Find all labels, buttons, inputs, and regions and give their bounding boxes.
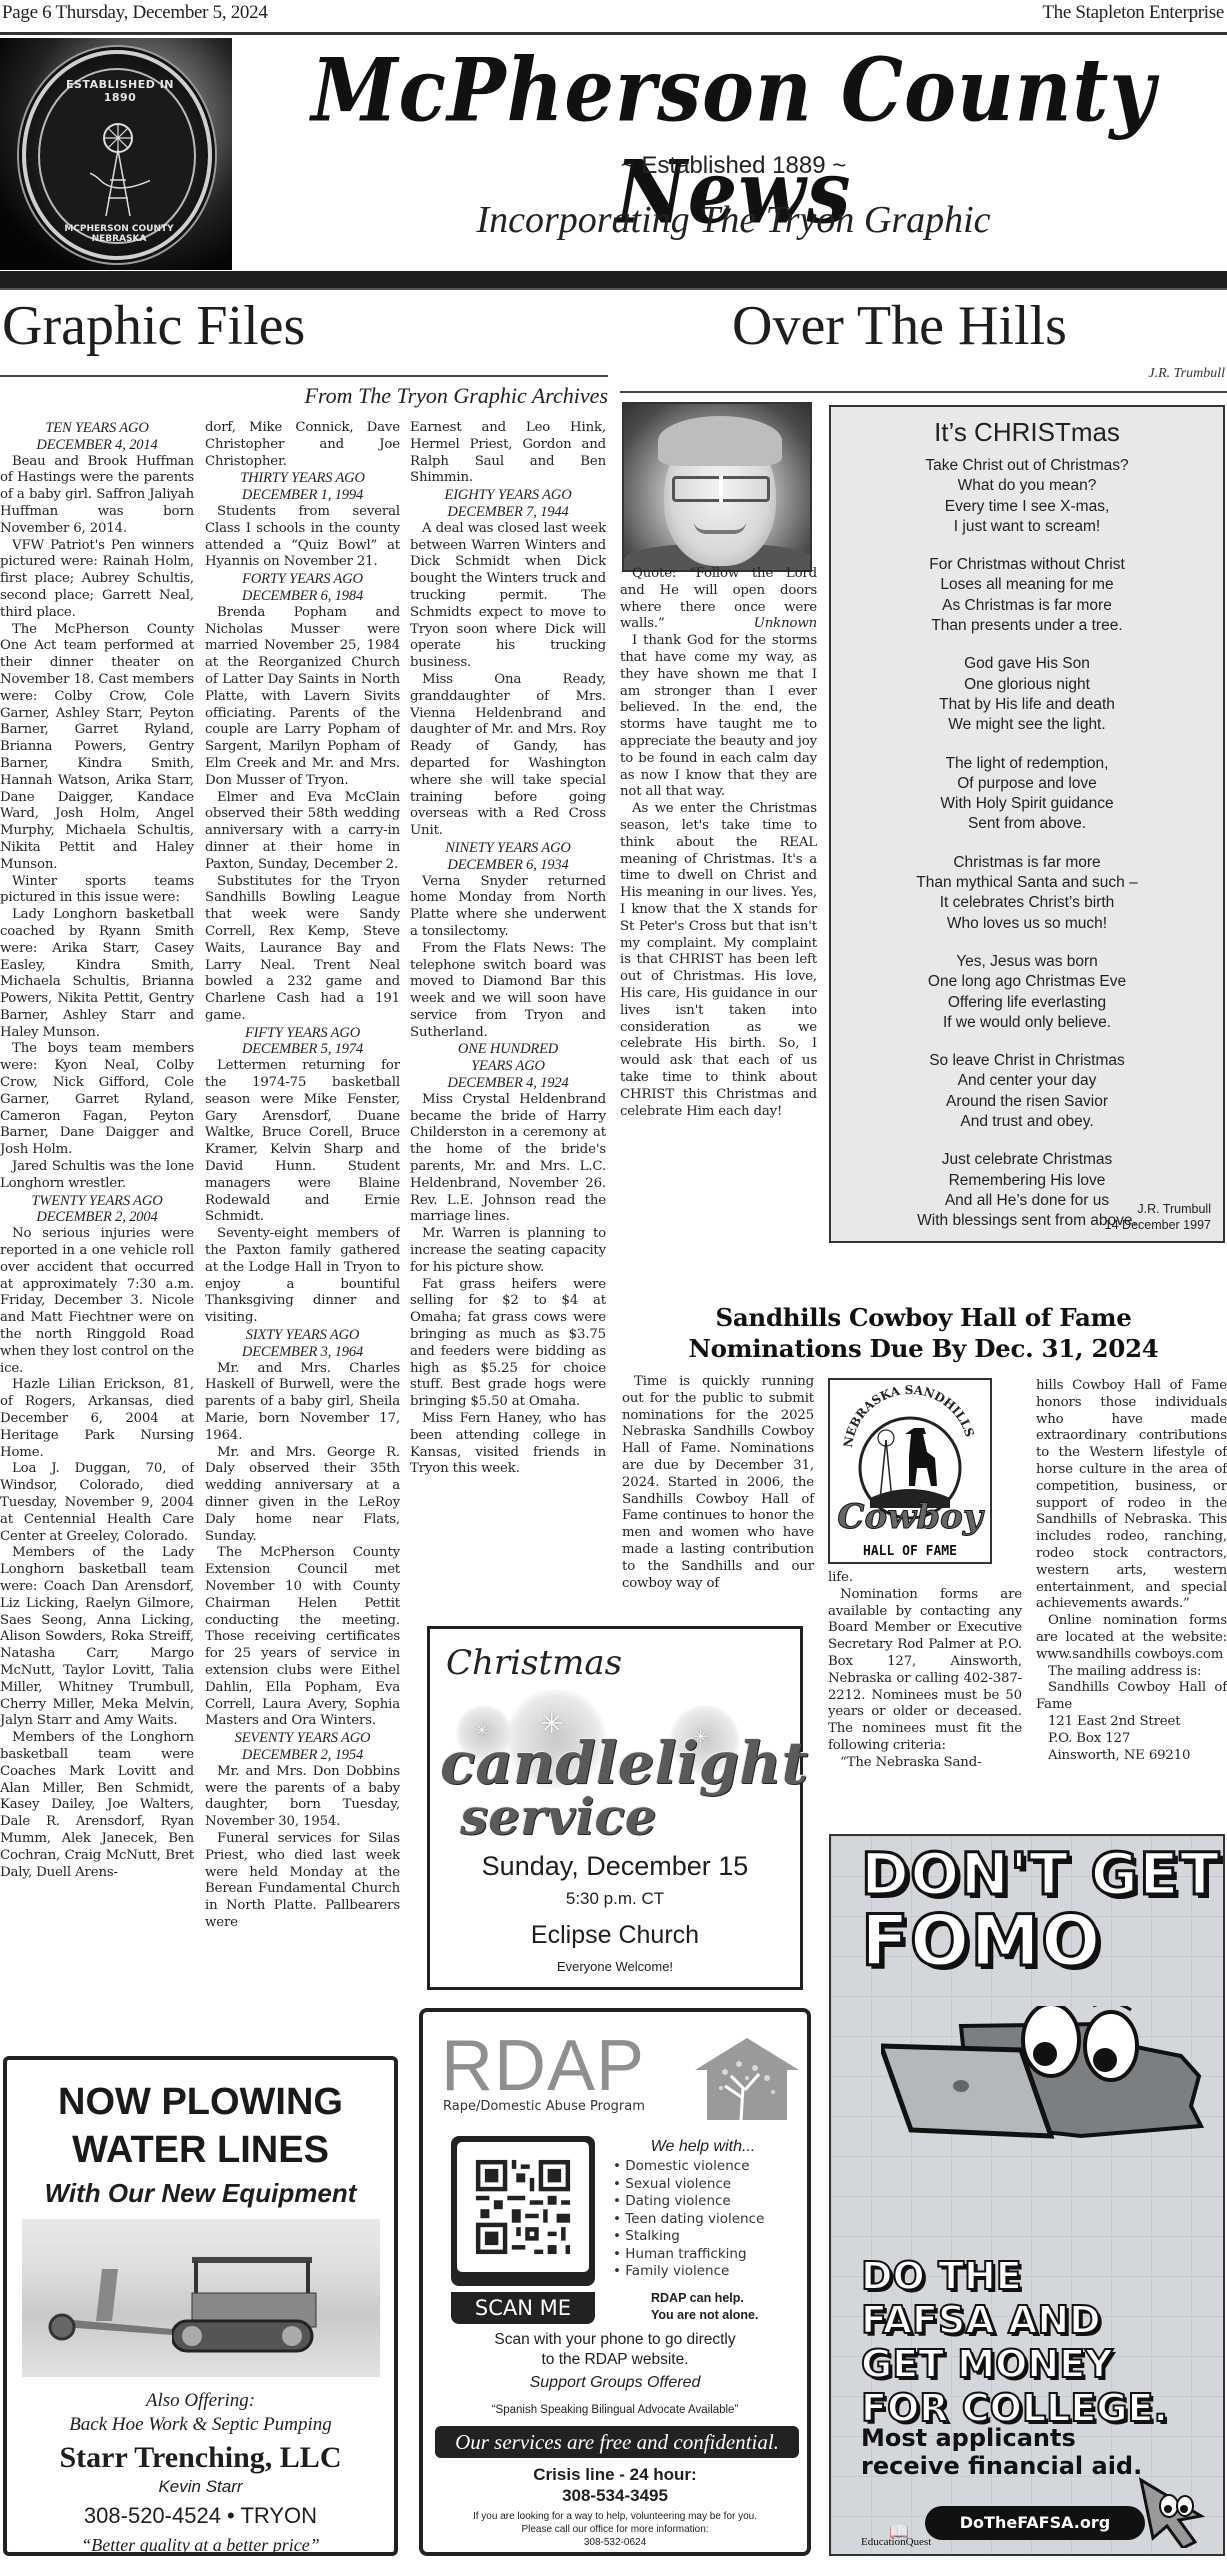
poem-line: Than mythical Santa and such – [831,873,1223,893]
company-name: Starr Trenching, LLC [7,2441,394,2475]
photo-glasses [672,476,770,502]
service-word: service [460,1787,812,1846]
qr-code-icon [457,2142,589,2272]
hof-column-1: Time is quickly running out for the publ… [622,1374,814,1592]
svg-text:NEBRASKA SANDHILLS: NEBRASKA SANDHILLS [841,1383,977,1449]
poem-line: It celebrates Christ’s birth [831,893,1223,913]
quote-attribution: Unknown [742,616,817,633]
headline-line-2: Nominations Due By Dec. 31, 2024 [620,1333,1227,1364]
archive-paragraph: Loa J. Duggan, 70, of Windsor, Colorado,… [0,1461,194,1545]
archive-paragraph: The McPherson County One Act team perfor… [0,622,194,874]
archive-paragraph: Lady Longhorn basketball coached by Ryan… [0,907,194,1041]
dateline-heading: DECEMBER 4, 2014 [0,437,194,454]
address-line: Sandhills Cowboy Hall of Fame [1036,1680,1227,1714]
poem-signature: J.R. Trumbull 14 December 1997 [1105,1201,1211,1233]
poem-line: For Christmas without Christ [831,555,1223,575]
archive-paragraph: Hazle Lilian Erickson, 81, of Rogers, Ar… [0,1377,194,1461]
poem-line: Offering life everlasting [831,993,1223,1013]
poem-line: Every time I see X-mas, [831,497,1223,517]
hof-column-3: hills Cowboy Hall of Fame honors those i… [1036,1378,1227,1764]
section-rule [0,375,608,377]
candlelight-service-ad: Christmas ✳ ✳ ✳ candlelight service Sund… [427,1626,803,1990]
help-item: Family violence [613,2263,793,2281]
cowboy-logo-icon: NEBRASKA SANDHILLS Cowboy HALL OF FAME [830,1380,990,1562]
also-offering: Also Offering: Back Hoe Work & Septic Pu… [7,2389,394,2437]
help-item: Human trafficking [613,2246,793,2264]
archive-paragraph: Miss Fern Haney, who has been attending … [410,1411,606,1478]
help-items: Domestic violenceSexual violenceDating v… [613,2158,793,2281]
dateline-heading: TWENTY YEARS AGO [0,1193,194,1210]
archive-paragraph: VFW Patriot's Pen winners pictured were:… [0,538,194,622]
crisis-label: Crisis line - 24 hour: [423,2464,807,2485]
fafsa-website-link[interactable]: DoTheFAFSA.org [925,2506,1145,2540]
poem-stanza: God gave His SonOne glorious nightThat b… [831,654,1223,735]
tractor-photo [22,2219,380,2377]
poem-line: Just celebrate Christmas [831,1150,1223,1170]
poem-stanza: Christmas is far moreThan mythical Santa… [831,853,1223,934]
hof-continuation: life. [828,1570,1022,1587]
dateline-heading: THIRTY YEARS AGO [205,470,400,487]
hof-paragraph: “The Nebraska Sand- [828,1755,1022,1772]
poem-box: It’s CHRISTmas Take Christ out of Christ… [829,405,1225,1243]
poem-line: We might see the light. [831,715,1223,735]
fafsa-subheadline: DO THE FAFSA AND GET MONEY FOR COLLEGE. [861,2254,1168,2430]
service-date: Sunday, December 15 [430,1851,800,1882]
owner-name: Kevin Starr [7,2477,394,2497]
free-confidential-banner: Our services are free and confidential. [435,2426,799,2458]
photo-smile [694,522,746,534]
poem-date: 14 December 1997 [1105,1217,1211,1233]
archive-paragraph: Beau and Brook Huffman of Hastings were … [0,454,194,538]
archive-paragraph: Jared Schultis was the lone Longhorn wre… [0,1159,194,1193]
poem-line: God gave His Son [831,654,1223,674]
nebraska-laptop-mascot-icon [881,2006,1211,2146]
poem-line: Take Christ out of Christmas? [831,456,1223,476]
rdap-logo: RDAP [441,2030,645,2102]
over-the-hills-heading: Over The Hills [732,298,1067,354]
fafsa-sub-line: FAFSA AND [861,2298,1168,2342]
house-tree-icon [695,2038,799,2120]
hof-mailing-label: The mailing address is: [1036,1664,1227,1681]
graphic-files-subheading: From The Tryon Graphic Archives [0,383,608,409]
fafsa-sub-line: DO THE [861,2254,1168,2298]
poem-line: Loses all meaning for me [831,575,1223,595]
hof-paragraph: Time is quickly running out for the publ… [622,1374,814,1592]
ad-headline: NOW PLOWING WATER LINES [7,2078,394,2174]
poem-author: J.R. Trumbull [1105,1201,1211,1217]
dateline-heading: DECEMBER 2, 1954 [205,1747,400,1764]
over-the-hills-text: Quote: “Follow the Lord and He will open… [620,566,817,1226]
hall-of-fame-headline: Sandhills Cowboy Hall of Fame Nomination… [620,1302,1227,1364]
dateline-heading: DECEMBER 5, 1974 [205,1041,400,1058]
column-paragraph: I thank God for the storms that have com… [620,633,817,801]
archives-column-1: TEN YEARS AGODECEMBER 4, 2014Beau and Br… [0,420,194,2040]
poem-line: Sent from above. [831,814,1223,834]
starr-trenching-ad: NOW PLOWING WATER LINES With Our New Equ… [3,2056,398,2556]
archive-paragraph: A deal was closed last week between Warr… [410,521,606,672]
sponsor-logo: EducationQuest [861,2536,931,2548]
cursor-mascot-icon [1131,2476,1221,2548]
poem-line: Of purpose and love [831,774,1223,794]
dateline-heading: FIFTY YEARS AGO [205,1025,400,1042]
established-line: ~ Established 1889 ~ [240,152,1227,180]
continued-text: Earnest and Leo Hink, Hermel Priest, Gor… [410,420,606,487]
scan-instructions: Scan with your phone to go directly to t… [423,2330,807,2370]
qr-code-frame[interactable] [451,2136,595,2286]
help-list: We help with... Domestic violenceSexual … [613,2138,793,2281]
poem-line: One long ago Christmas Eve [831,972,1223,992]
spanish-advocate: “Spanish Speaking Bilingual Advocate Ava… [423,2404,807,2416]
poem-line: Yes, Jesus was born [831,952,1223,972]
poem-line: Who loves us so much! [831,914,1223,934]
phone-number: 308-520-4524 • TRYON [7,2503,394,2529]
dateline-heading: ONE HUNDRED [410,1041,606,1058]
dateline-heading: YEARS AGO [410,1058,606,1075]
headline-line-1: Sandhills Cowboy Hall of Fame [620,1302,1227,1333]
scan-me-label: SCAN ME [451,2292,595,2324]
fafsa-aid-line: Most applicants [861,2424,1142,2452]
archive-paragraph: Members of the Longhorn basketball team … [0,1730,194,1881]
ad-headline-line: WATER LINES [7,2126,394,2174]
archive-paragraph: Miss Ona Ready, granddaughter of Mrs. Vi… [410,672,606,840]
plow-implement-icon [42,2259,182,2349]
archive-paragraph: The boys team members were: Kyon Neal, C… [0,1041,194,1159]
masthead-band [0,271,1227,290]
christmas-script: Christmas [446,1643,622,1683]
fafsa-aid-line: receive financial aid. [861,2452,1142,2480]
archive-paragraph: Winter sports teams pictured in this iss… [0,874,194,908]
also-label: Also Offering: [7,2389,394,2413]
dateline-heading: DECEMBER 6, 1934 [410,857,606,874]
crisis-phone[interactable]: 308-534-3495 [423,2485,807,2506]
fafsa-headline-line: FOMO [861,1900,1102,1982]
poem-line: And trust and obey. [831,1112,1223,1132]
publication-name: The Stapleton Enterprise [1042,2,1224,24]
poem-line: What do you mean? [831,476,1223,496]
archive-paragraph: Students from several Class I schools in… [205,504,400,571]
archive-paragraph: Funeral services for Silas Priest, who d… [205,1831,400,1932]
archive-paragraph: Verna Snyder returned home Monday from N… [410,874,606,941]
help-item: Teen dating violence [613,2211,793,2229]
photo-hair [658,416,782,466]
help-item: Dating violence [613,2193,793,2211]
fafsa-headline-line: DON'T GET [861,1840,1220,1908]
poem-line: Around the risen Savior [831,1092,1223,1112]
archive-paragraph: Miss Crystal Heldenbrand became the brid… [410,1092,606,1226]
address-line: Ainsworth, NE 69210 [1036,1748,1227,1765]
welcome-text: Everyone Welcome! [430,1959,800,1974]
windmill-icon [90,120,150,220]
column-paragraph: As we enter the Christmas season, let's … [620,801,817,1120]
tractor-icon [172,2249,332,2359]
incorporating-line: Incorporating The Tryon Graphic [240,198,1227,242]
dateline-heading: EIGHTY YEARS AGO [410,487,606,504]
fafsa-aid-text: Most applicants receive financial aid. [861,2424,1142,2480]
archive-paragraph: Seventy-eight members of the Paxton fami… [205,1226,400,1327]
qr-code[interactable] [457,2142,589,2272]
poem-stanza: Take Christ out of Christmas?What do you… [831,456,1223,537]
seal-bottom-text: MCPHERSON COUNTY NEBRASKA [54,224,184,244]
cowboy-hall-of-fame-logo: NEBRASKA SANDHILLS Cowboy HALL OF FAME [828,1378,992,1564]
section-rule [620,391,1227,393]
poem-line: Remembering His love [831,1171,1223,1191]
archive-paragraph: Lettermen returning for the 1974-75 bask… [205,1058,400,1226]
rdap-can-help: RDAP can help. You are not alone. [651,2290,758,2324]
archive-paragraph: The McPherson County Extension Council m… [205,1545,400,1730]
address-line: P.O. Box 127 [1036,1731,1227,1748]
archive-paragraph: Mr. and Mrs. George R. Daly observed the… [205,1445,400,1546]
archive-paragraph: From the Flats News: The telephone switc… [410,941,606,1042]
continued-text: dorf, Mike Connick, Dave Christopher and… [205,420,400,470]
archive-paragraph: Substitutes for the Tryon Sandhills Bowl… [205,874,400,1025]
poem-line: The light of redemption, [831,754,1223,774]
seal-top-text: ESTABLISHED IN 1890 [60,78,180,104]
office-phone[interactable]: 308-532-0624 [423,2536,807,2549]
poem-stanza: So leave Christ in ChristmasAnd center y… [831,1051,1223,1132]
archive-paragraph: Mr. and Mrs. Charles Haskell of Burwell,… [205,1361,400,1445]
hof-paragraph: Nomination forms are available by contac… [828,1587,1022,1755]
poem-stanza: For Christmas without ChristLoses all me… [831,555,1223,636]
support-groups: Support Groups Offered [423,2374,807,2392]
poem-stanza: Yes, Jesus was bornOne long ago Christma… [831,952,1223,1033]
volunteer-line: If you are looking for a way to help, vo… [423,2510,807,2523]
archive-paragraph: Fat grass heifers were selling for $2 to… [410,1277,606,1411]
services-list: Back Hoe Work & Septic Pumping [7,2413,394,2437]
poem-line: Than presents under a tree. [831,616,1223,636]
not-alone-line: You are not alone. [651,2307,758,2324]
church-name: Eclipse Church [430,1921,800,1950]
dateline-heading: FORTY YEARS AGO [205,571,400,588]
graphic-files-heading: Graphic Files [2,298,305,354]
dateline-heading: DECEMBER 7, 1944 [410,504,606,521]
service-time: 5:30 p.m. CT [430,1889,800,1909]
page-date-line: Page 6 Thursday, December 5, 2024 [2,2,268,24]
rdap-subtitle: Rape/Domestic Abuse Program [443,2099,645,2114]
dateline-heading: DECEMBER 2, 2004 [0,1209,194,1226]
help-item: Sexual violence [613,2176,793,2194]
archive-paragraph: No serious injuries were reported in a o… [0,1226,194,1377]
poem-stanzas: Take Christ out of Christmas?What do you… [831,456,1223,1232]
dateline-heading: NINETY YEARS AGO [410,840,606,857]
poem-line: If we would only believe. [831,1013,1223,1033]
archives-column-2: dorf, Mike Connick, Dave Christopher and… [205,420,400,2050]
ad-headline-line: NOW PLOWING [7,2078,394,2126]
help-item: Stalking [613,2228,793,2246]
top-rule [0,32,1227,35]
poem-line: And center your day [831,1071,1223,1091]
hof-column-2: life. Nomination forms are available by … [828,1570,1022,1772]
scan-instruction-line: Scan with your phone to go directly [423,2330,807,2350]
poem-line: So leave Christ in Christmas [831,1051,1223,1071]
poem-line: With Holy Spirit guidance [831,794,1223,814]
column-byline: J.R. Trumbull [1148,366,1225,382]
fafsa-ad: DON'T GET FOMO DO THE FAFSA AND GET MONE… [829,1834,1225,2556]
dateline-heading: DECEMBER 4, 1924 [410,1075,606,1092]
quote-paragraph: Quote: “Follow the Lord and He will open… [620,566,817,633]
volunteer-line: Please call our office for more informat… [423,2523,807,2536]
dateline-heading: SIXTY YEARS AGO [205,1327,400,1344]
archives-column-3: Earnest and Leo Hink, Hermel Priest, Gor… [410,420,606,1590]
ad-subhead: With Our New Equipment [7,2178,394,2209]
scan-instruction-line: to the RDAP website. [423,2350,807,2370]
dateline-heading: DECEMBER 6, 1984 [205,588,400,605]
tagline: “Better quality at a better price” [7,2535,394,2556]
dateline-heading: SEVENTY YEARS AGO [205,1730,400,1747]
dateline-heading: TEN YEARS AGO [0,420,194,437]
hof-continuation: hills Cowboy Hall of Fame honors those i… [1036,1378,1227,1613]
poem-line: I just want to scream! [831,517,1223,537]
fafsa-sub-line: GET MONEY [861,2342,1168,2386]
poem-line: Christmas is far more [831,853,1223,873]
crisis-line: Crisis line - 24 hour: 308-534-3495 [423,2464,807,2506]
can-help-line: RDAP can help. [651,2290,758,2307]
archive-paragraph: Members of the Lady Longhorn basketball … [0,1545,194,1730]
poem-line: As Christmas is far more [831,596,1223,616]
help-item: Domestic violence [613,2158,793,2176]
svg-text:Cowboy: Cowboy [837,1497,984,1537]
poem-line: That by His life and death [831,695,1223,715]
address-line: 121 East 2nd Street [1036,1714,1227,1731]
poem-title: It’s CHRISTmas [831,417,1223,448]
rdap-ad: RDAP Rape/Domestic Abuse Program S [419,2008,811,2556]
poem-line: One glorious night [831,675,1223,695]
svg-text:HALL OF FAME: HALL OF FAME [863,1544,957,1559]
dateline-heading: DECEMBER 1, 1994 [205,487,400,504]
dateline-heading: DECEMBER 3, 1964 [205,1344,400,1361]
poem-stanza: The light of redemption,Of purpose and l… [831,754,1223,835]
help-list-title: We help with... [613,2138,793,2156]
archive-paragraph: Elmer and Eva McClain observed their 58t… [205,790,400,874]
hof-website-paragraph: Online nomination forms are located at t… [1036,1613,1227,1663]
archive-paragraph: Mr. Warren is planning to increase the s… [410,1226,606,1276]
archive-paragraph: Mr. and Mrs. Don Dobbins were the parent… [205,1764,400,1831]
archive-paragraph: Brenda Popham and Nicholas Musser were m… [205,605,400,790]
columnist-photo [622,402,812,572]
volunteer-info: If you are looking for a way to help, vo… [423,2510,807,2549]
